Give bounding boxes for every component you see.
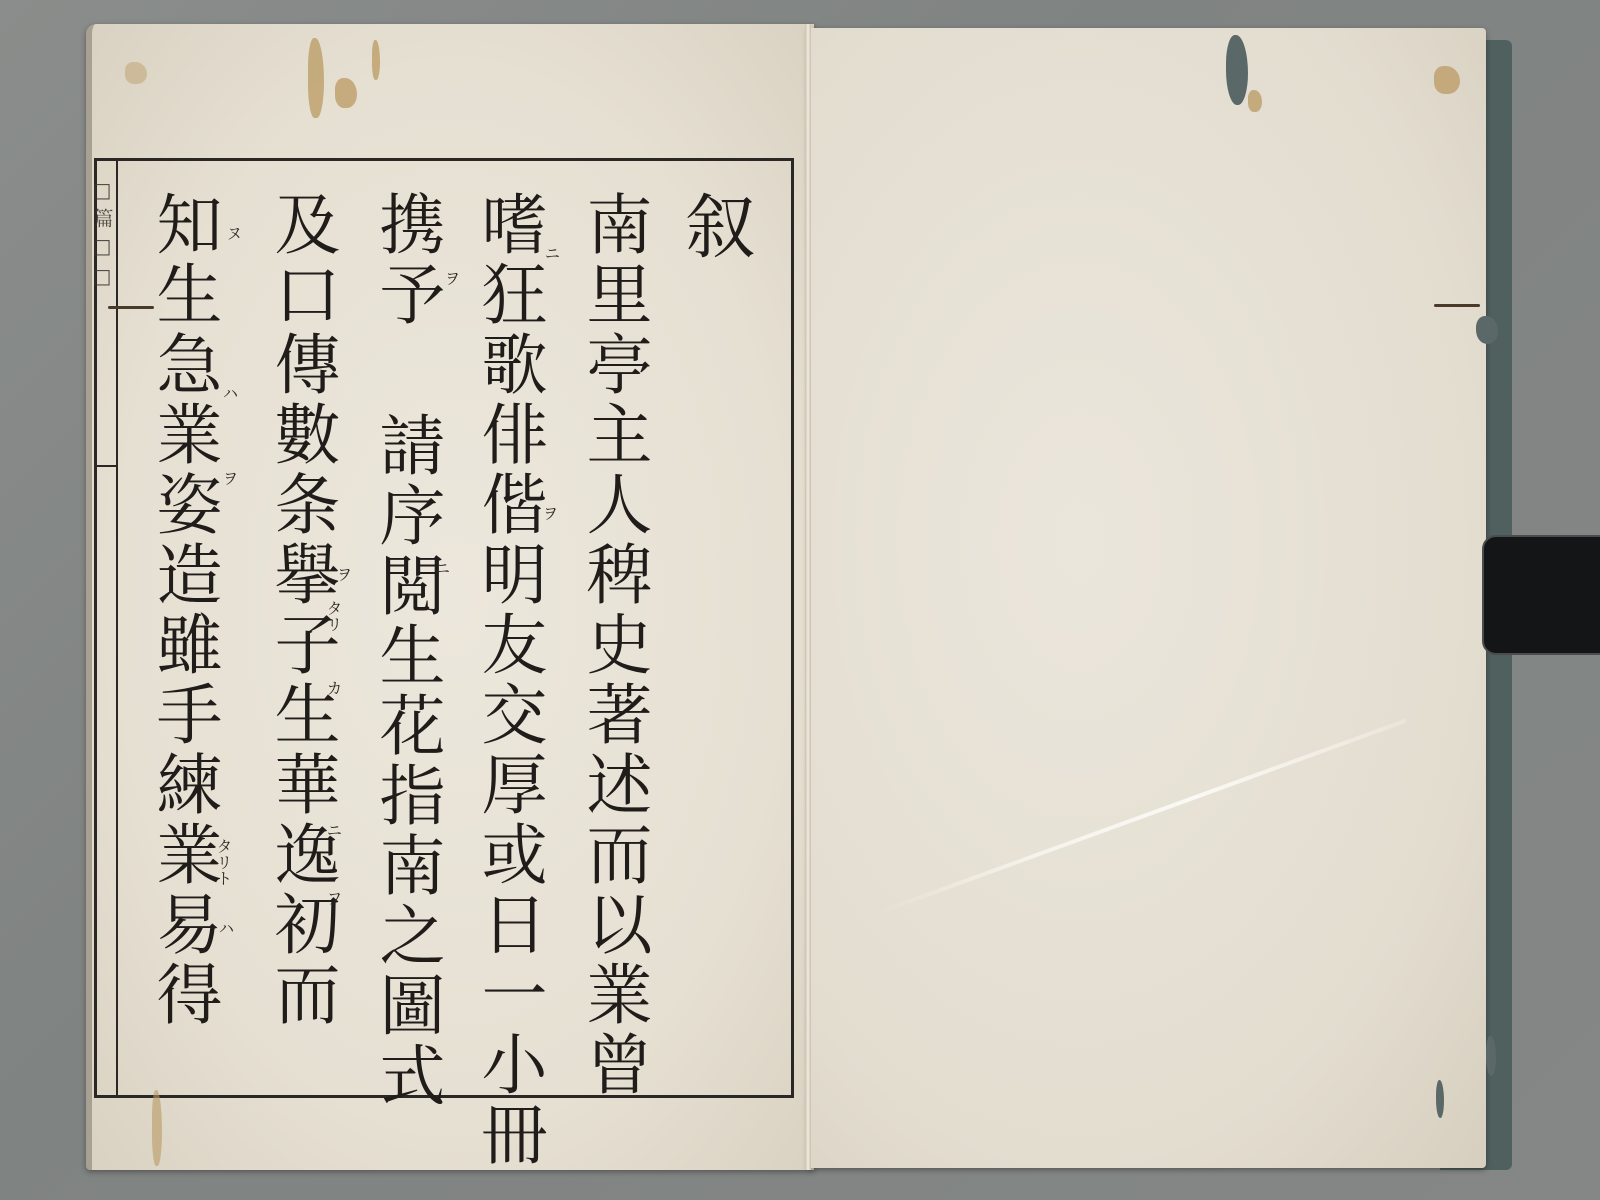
kunten-mark: ヲ bbox=[332, 566, 355, 582]
worm-damage bbox=[1248, 90, 1262, 112]
hashira-box-rule bbox=[94, 465, 118, 467]
right-page-blank bbox=[808, 28, 1486, 1168]
kunten-mark: タリ bbox=[322, 600, 345, 632]
kunten-mark: タリト bbox=[212, 838, 235, 886]
paper-stain bbox=[125, 62, 147, 84]
worm-hole bbox=[1486, 1036, 1496, 1076]
worm-hole bbox=[1436, 1080, 1444, 1118]
open-book: □篇□□ 叙 南里亭主人稗史著述而以業曾 嗜狂歌俳偕明友交厚或日一小冊 携予 請… bbox=[0, 0, 1600, 1200]
binding-thread bbox=[1434, 304, 1480, 307]
worm-hole bbox=[1476, 316, 1498, 344]
black-clip-tab bbox=[1482, 535, 1600, 655]
text-column-2: 嗜狂歌俳偕明友交厚或日一小冊 bbox=[475, 190, 541, 1170]
kunten-mark: ヌ bbox=[222, 225, 245, 241]
text-column-1: 南里亭主人稗史著述而以業曾 bbox=[580, 190, 646, 1100]
text-column-5: 知生急業姿造雖手練業易得 bbox=[150, 190, 216, 1030]
book-gutter bbox=[805, 24, 811, 1170]
kunten-mark: ヲ bbox=[440, 270, 463, 286]
worm-damage bbox=[1434, 66, 1460, 94]
preface-title: 叙 bbox=[680, 190, 750, 264]
kunten-mark: ハ bbox=[214, 920, 237, 936]
kunten-mark: カ bbox=[322, 680, 345, 696]
kunten-mark: ヲ bbox=[538, 505, 561, 521]
kunten-mark: フ bbox=[322, 890, 345, 906]
worm-damage bbox=[335, 78, 357, 108]
kunten-mark: ニ bbox=[322, 822, 345, 838]
kunten-mark: ハ bbox=[218, 385, 241, 401]
binding-thread bbox=[108, 306, 154, 309]
hashira-running-title: □篇□□ bbox=[95, 178, 117, 294]
kunten-mark: ニ bbox=[430, 560, 453, 576]
kunten-mark: ニ bbox=[540, 245, 563, 261]
text-column-3: 携予 請序閲生花指南之圖式 bbox=[373, 190, 439, 1111]
hashira-divider bbox=[116, 158, 118, 1098]
kunten-mark: ヲ bbox=[218, 470, 241, 486]
worm-damage bbox=[372, 40, 380, 80]
